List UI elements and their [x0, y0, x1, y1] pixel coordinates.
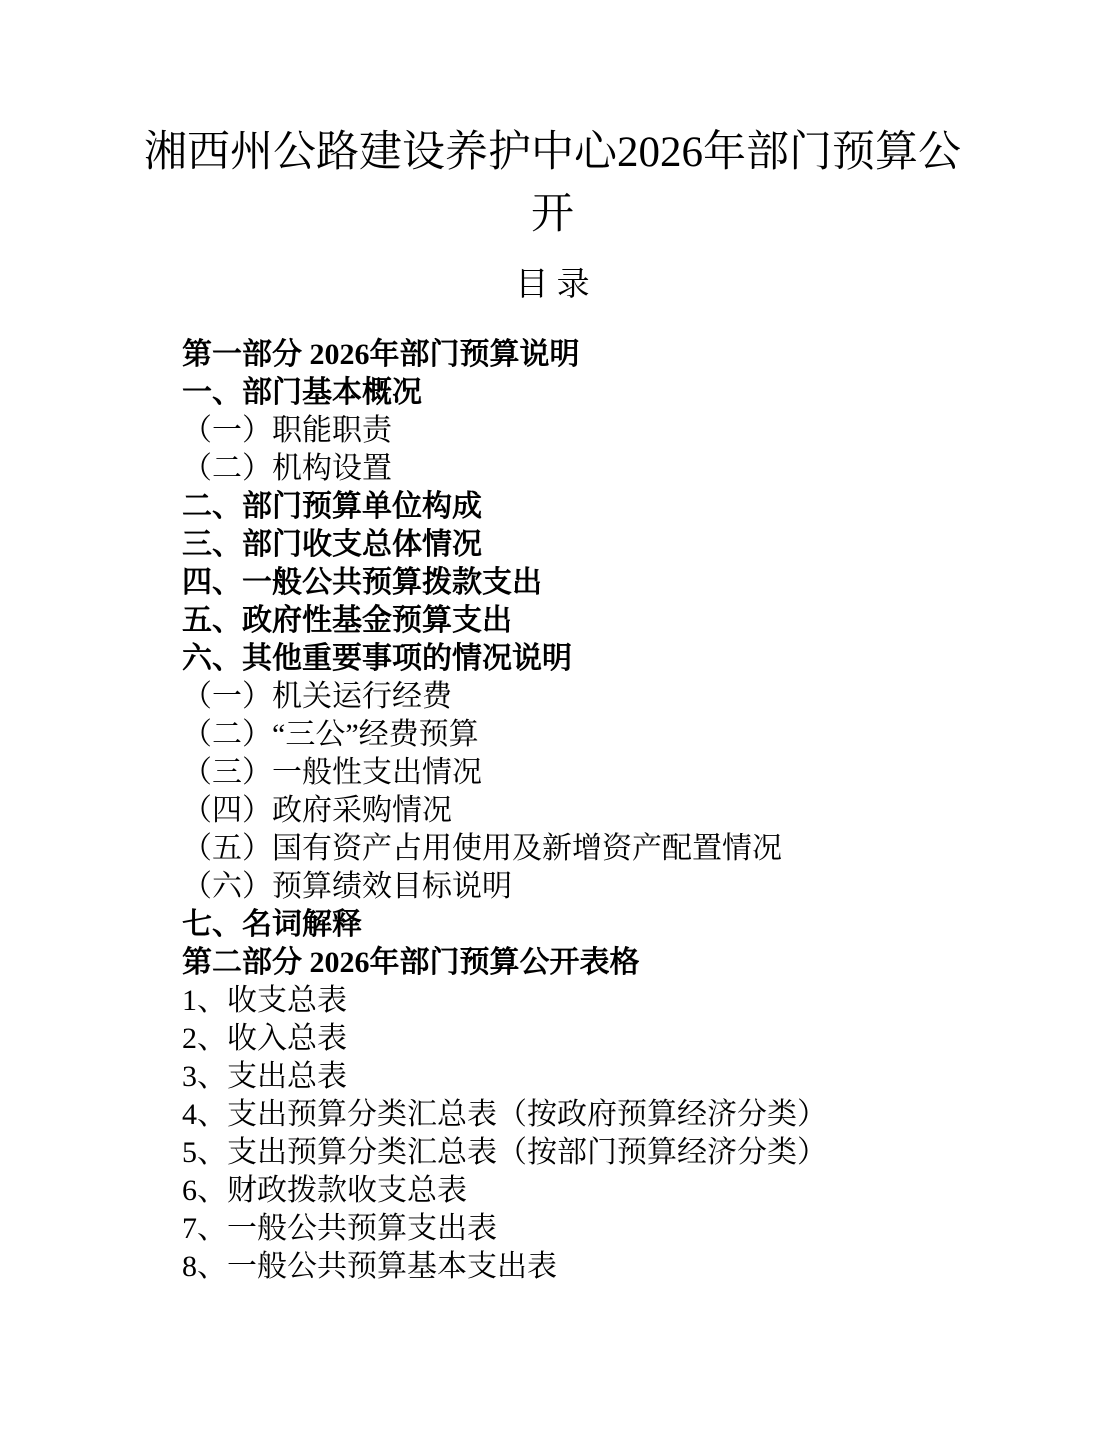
- toc-item: （五）国有资产占用使用及新增资产配置情况: [182, 830, 1045, 868]
- toc-item: 5、支出预算分类汇总表（按部门预算经济分类）: [182, 1134, 1045, 1172]
- toc-item: 五、政府性基金预算支出: [182, 602, 1045, 640]
- toc-item: 1、收支总表: [182, 982, 1045, 1020]
- toc-item: （三）一般性支出情况: [182, 754, 1045, 792]
- toc-item: 一、部门基本概况: [182, 374, 1045, 412]
- toc-item: （二）机构设置: [182, 450, 1045, 488]
- toc-item: 6、财政拨款收支总表: [182, 1172, 1045, 1210]
- document-page: 湘西州公路建设养护中心2026年部门预算公开 目 录 第一部分 2026年部门预…: [0, 0, 1105, 1430]
- toc-item: 第二部分 2026年部门预算公开表格: [182, 944, 1045, 982]
- toc-item: 第一部分 2026年部门预算说明: [182, 336, 1045, 374]
- toc-item: 二、部门预算单位构成: [182, 488, 1045, 526]
- page-title: 湘西州公路建设养护中心2026年部门预算公开: [125, 122, 980, 246]
- toc-item: 4、支出预算分类汇总表（按政府预算经济分类）: [182, 1096, 1045, 1134]
- toc-item: 2、收入总表: [182, 1020, 1045, 1058]
- toc-item: 7、一般公共预算支出表: [182, 1210, 1045, 1248]
- toc-item: 七、名词解释: [182, 906, 1045, 944]
- toc-list: 第一部分 2026年部门预算说明一、部门基本概况（一）职能职责（二）机构设置二、…: [182, 336, 1045, 1286]
- toc-item: （一）机关运行经费: [182, 678, 1045, 716]
- toc-item: （六）预算绩效目标说明: [182, 868, 1045, 906]
- toc-item: （一）职能职责: [182, 412, 1045, 450]
- toc-item: 四、一般公共预算拨款支出: [182, 564, 1045, 602]
- toc-item: 8、一般公共预算基本支出表: [182, 1248, 1045, 1286]
- toc-item: （二）“三公”经费预算: [182, 716, 1045, 754]
- toc-item: （四）政府采购情况: [182, 792, 1045, 830]
- toc-item: 三、部门收支总体情况: [182, 526, 1045, 564]
- toc-heading: 目 录: [0, 265, 1105, 305]
- toc-item: 3、支出总表: [182, 1058, 1045, 1096]
- toc-item: 六、其他重要事项的情况说明: [182, 640, 1045, 678]
